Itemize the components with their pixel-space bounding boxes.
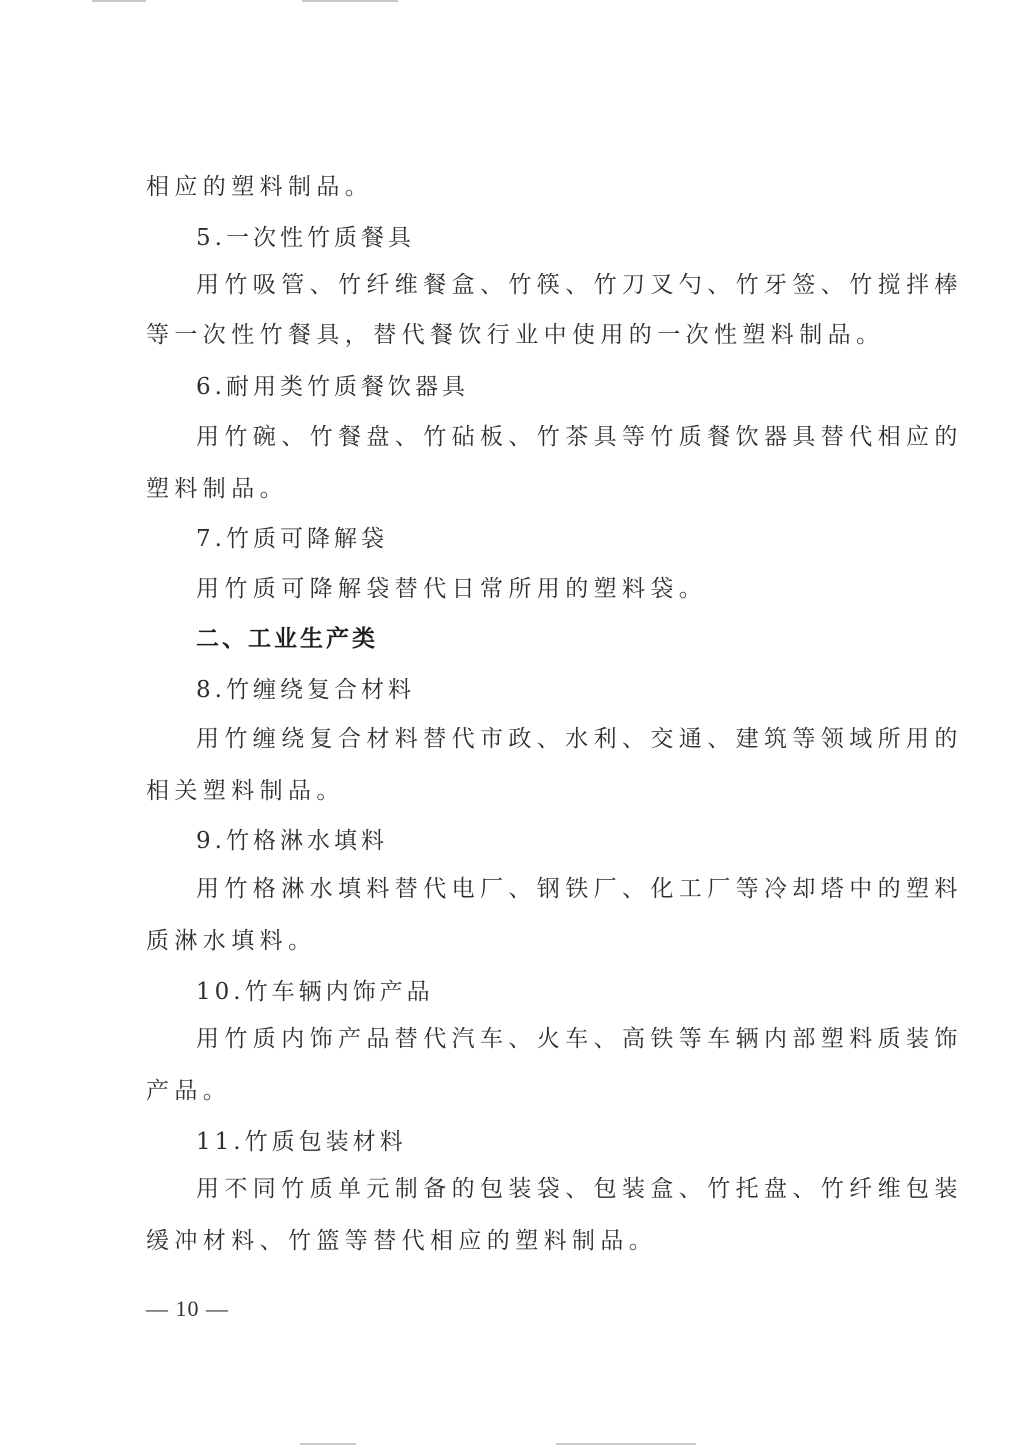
text-line: 用竹缠绕复合材料替代市政、水利、交通、建筑等领域所用的	[196, 724, 963, 754]
item-title-8: 8.竹缠绕复合材料	[196, 675, 415, 705]
text-line: 用竹质可降解袋替代日常所用的塑料袋。	[196, 574, 707, 604]
item-title-11: 11.竹质包装材料	[196, 1127, 407, 1157]
text-line: 用竹格淋水填料替代电厂、钢铁厂、化工厂等冷却塔中的塑料	[196, 874, 963, 904]
section-heading: 二、工业生产类	[196, 624, 378, 654]
text-line: 用竹碗、竹餐盘、竹砧板、竹茶具等竹质餐饮器具替代相应的	[196, 422, 963, 452]
item-title-6: 6.耐用类竹质餐饮器具	[196, 372, 469, 402]
item-title-7: 7.竹质可降解袋	[196, 524, 388, 554]
scan-artifact-bottom-2	[556, 1443, 696, 1445]
item-title-10: 10.竹车辆内饰产品	[196, 977, 434, 1007]
item-title-5: 5.一次性竹质餐具	[196, 223, 415, 253]
text-line: 相关塑料制品。	[146, 776, 345, 806]
text-line: 质淋水填料。	[146, 926, 316, 956]
page-number: — 10 —	[146, 1296, 229, 1322]
text-line: 相应的塑料制品。	[146, 172, 373, 202]
scan-artifact-top-center	[302, 0, 398, 2]
text-line: 用竹质内饰产品替代汽车、火车、高铁等车辆内部塑料质装饰	[196, 1024, 963, 1054]
text-line: 等一次性竹餐具，替代餐饮行业中使用的一次性塑料制品。	[146, 320, 884, 350]
text-line: 缓冲材料、竹篮等替代相应的塑料制品。	[146, 1226, 657, 1256]
scan-artifact-top-left	[92, 0, 146, 2]
scan-artifact-bottom-1	[300, 1443, 356, 1445]
text-line: 用不同竹质单元制备的包装袋、包装盒、竹托盘、竹纤维包装	[196, 1174, 963, 1204]
item-title-9: 9.竹格淋水填料	[196, 826, 388, 856]
text-line: 产品。	[146, 1076, 231, 1106]
text-line: 塑料制品。	[146, 474, 288, 504]
text-line: 用竹吸管、竹纤维餐盒、竹筷、竹刀叉勺、竹牙签、竹搅拌棒	[196, 270, 963, 300]
